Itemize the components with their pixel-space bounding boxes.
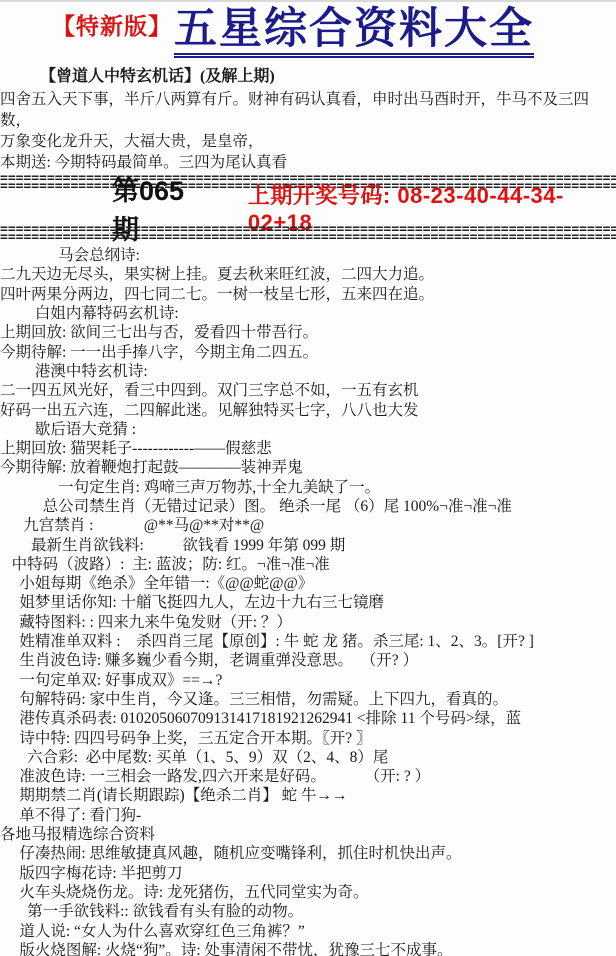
text-line: 上期回放: 欲间三七出与否，爱看四十带吾行。 [0,323,616,342]
text-line: 二一四五风光好，看三中四到。双门三字总不如，一五有玄机 [0,381,616,400]
masthead: 【特新版】五星综合资料大全 [0,2,616,58]
text-line: 仔凑热闹: 思维敏捷真风趣，随机应变嘴锋利，抓住时机快出声。 [0,844,616,863]
subtitle: 【曾道人中特玄机话】(及解上期) [0,63,616,86]
text-line: 道人说: “女人为什么喜欢穿红色三角裤？” [0,922,616,941]
text-line: 诗中特: 四四号码争上奖，三五定合开本期。〖开? 〗 [0,729,616,748]
text-line: 单不得了: 看门狗- [0,806,616,825]
issue-row: 第065期 上期开奖号码: 08-23-40-44-34-02+18 [0,191,616,224]
text-line: 港澳中特玄机诗: [0,362,616,381]
text-line: 版四字梅花诗: 半把剪刀 [0,864,616,883]
text-line: 一句定生肖: 鸡啼三声万物苏,十全九美缺了一。 [0,478,616,497]
text-line: 四叶两果分两边，四七同二七。一树一枝呈七形，五来四在追。 [0,285,616,304]
text-line: 句解特码: 家中生肖，今又逢。三三相惜，勿需疑。上下四九，看真的。 [0,690,616,709]
text-line: 二九天边无尽头，果实树上挂。夏去秋来旺红波，二四大力追。 [0,265,616,284]
text-line: 四舍五入天下事，半斤八两算有斤。财神有码认真看，申时出马酉时开，牛马不及三四数， [0,89,616,131]
page-title: 五星综合资料大全 [174,7,534,58]
text-line: 小姐每期《绝杀》全年错一:《@@蛇@@》 [0,574,616,593]
text-line: 生肖波色诗: 赚多巍少看今期，老调重弹没意思。 （开? ） [0,651,616,670]
separator-bottom: ========================================… [0,226,616,241]
text-line: 万象变化龙升天，大福大贵，是皇帝， [0,131,616,152]
text-line: 港传真杀码表: 010205060709131417181921262941 <… [0,709,616,728]
text-line: 上期回放: 猫哭耗子------------——假慈悲 [0,439,616,458]
text-line: 一句定单双: 好事成双》==→? [0,671,616,690]
tip-sheet-page: 【特新版】五星综合资料大全 【曾道人中特玄机话】(及解上期) 四舍五入天下事，半… [0,0,616,956]
text-line: 白姐内幕特码玄机诗: [0,304,616,323]
text-line: 最新生肖欲钱料: 欲钱看 1999 年第 099 期 [0,536,616,555]
text-line: 歇后语大竞猜 : [0,420,616,439]
text-line: 今期待解: 放着鞭炮打起鼓————装神弄鬼 [0,458,616,477]
text-line: 藏特图料: : 四来九来牛兔发财（开: ？） [0,613,616,632]
text-line: 准波色诗: 一三相会一路发,四六开来是好码。 （开: ? ） [0,767,616,786]
edition-tag: 【特新版】 [52,8,172,41]
text-line: 今期待解: 一一出手捧八字，今期主角二四五。 [0,343,616,362]
text-line: 姓精准单双料 : 杀四肖三尾【原创】: 牛 蛇 龙 猪。杀三尾: 1、2、3。[… [0,632,616,651]
text-line: 姐梦里话你知: 十艏飞挺四九人，左边十九右三七镜磨 [0,593,616,612]
text-line: 中特码（波路）: 主: 蓝波；防: 红。¬准¬准¬准 [0,555,616,574]
text-line: 本期送: 今期特码最简单。三四为尾认真看 [0,152,616,173]
text-line: 好码一出五六连，二四解此迷。见解独特买七字，八八也大发 [0,401,616,420]
text-line: 期期禁二肖(请长期跟踪)【绝杀二肖】 蛇 牛→→ [0,786,616,805]
text-line: 版火烧图解: 火烧“狗”。诗: 处事清闲不带忧，犹豫三七不成事。 [0,941,616,956]
text-line: 火车头烧烧伤龙。诗: 龙死猪伤，五代同堂实为奇。 [0,883,616,902]
text-line: 总公司禁生肖（无错过记录）图。 绝杀一尾 （6）尾 100%¬准¬准¬准 [0,497,616,516]
text-line: 九宫禁肖 : @**马@**对**@ [0,516,616,535]
text-line: 第一手欲钱料:: 欲钱看有头有脸的动物。 [0,902,616,921]
body-text: 马会总纲诗:二九天边无尽头，果实树上挂。夏去秋来旺红波，二四大力追。四叶两果分两… [0,246,616,956]
intro-poem: 四舍五入天下事，半斤八两算有斤。财神有码认真看，申时出马酉时开，牛马不及三四数，… [0,89,616,173]
text-line: 各地马报精选综合资料 [0,825,616,844]
text-line: 六合彩: 必中尾数: 买单（1、5、9）双（2、4、8）尾 [0,748,616,767]
text-line: 马会总纲诗: [0,246,616,265]
